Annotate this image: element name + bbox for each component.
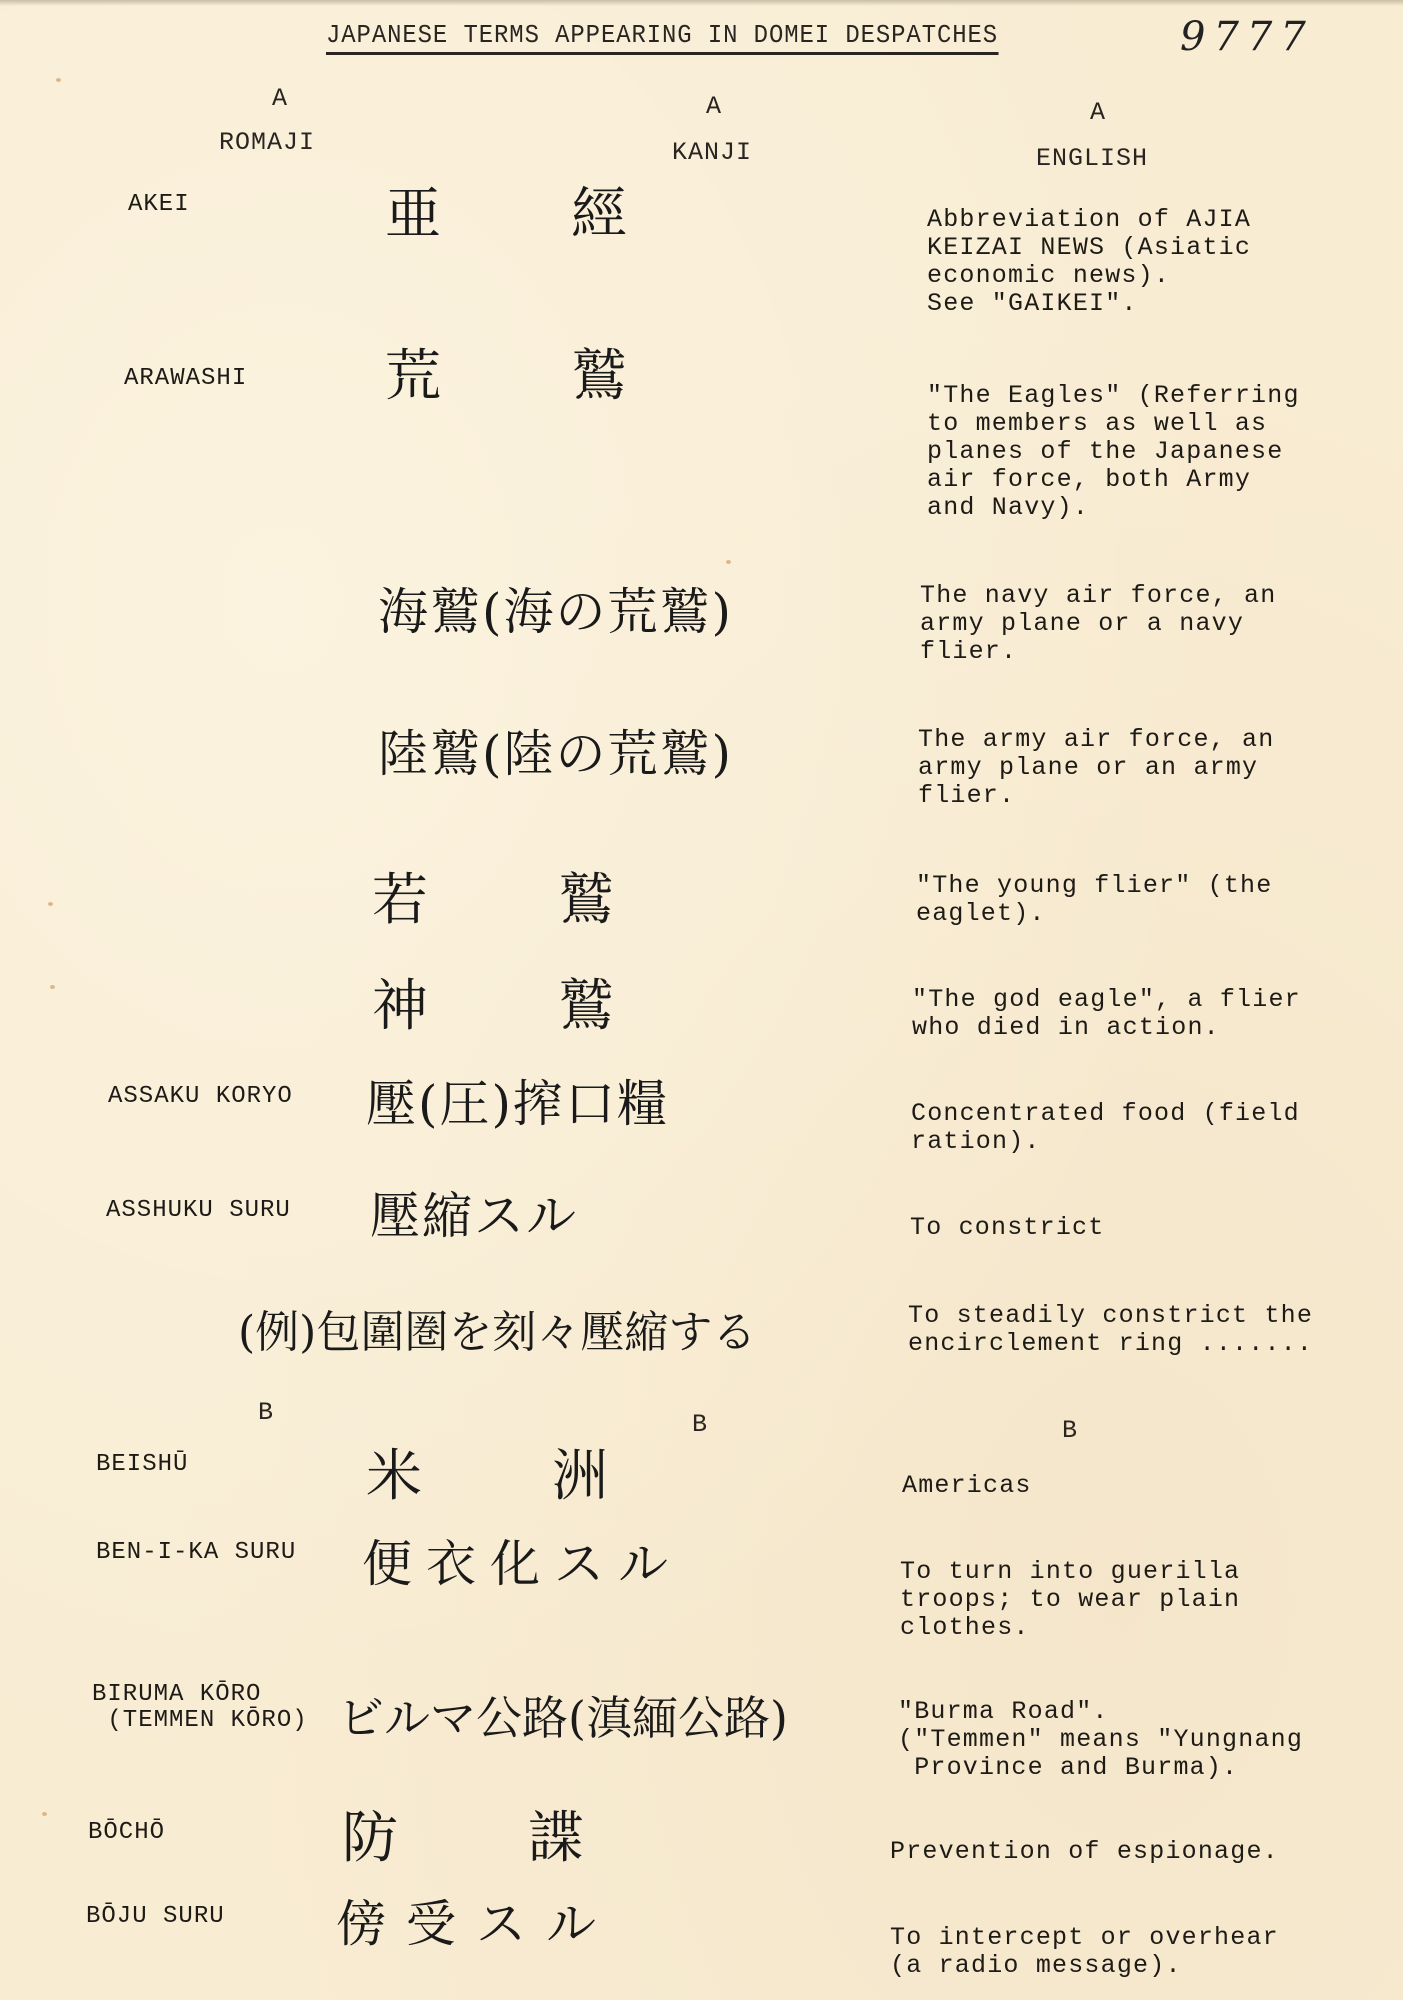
entry-kanji: 海鷲(海の荒鷲) bbox=[378, 572, 733, 644]
entry-english: Concentrated food (field ration). bbox=[911, 1100, 1300, 1156]
paper-speck bbox=[56, 78, 61, 82]
paper-edge bbox=[0, 0, 1403, 6]
section-letter-romaji-a: A bbox=[272, 84, 288, 113]
section-letter-english-b: B bbox=[1062, 1416, 1078, 1445]
entry-english: "The Eagles" (Referring to members as we… bbox=[927, 382, 1300, 522]
column-header-romaji: ROMAJI bbox=[219, 128, 315, 157]
entry-kanji: 米 洲 bbox=[366, 1432, 614, 1512]
entry-romaji: BŌJU SURU bbox=[86, 1904, 225, 1930]
entry-kanji-example: (例)包圍圏を刻々壓縮する bbox=[238, 1296, 756, 1360]
entry-english: To constrict bbox=[910, 1214, 1104, 1242]
entry-kanji: 壓縮スル bbox=[370, 1176, 578, 1248]
entry-english: To steadily constrict the encirclement r… bbox=[908, 1302, 1313, 1358]
entry-romaji: BIRUMA KŌRO (TEMMEN KŌRO) bbox=[92, 1682, 308, 1734]
entry-kanji: 荒 鷲 bbox=[385, 332, 633, 412]
entry-english: Abbreviation of AJIA KEIZAI NEWS (Asiati… bbox=[927, 206, 1251, 318]
entry-english: Prevention of espionage. bbox=[890, 1838, 1279, 1866]
entry-romaji: AKEI bbox=[128, 192, 190, 218]
entry-english: "The god eagle", a flier who died in act… bbox=[912, 986, 1301, 1042]
entry-kanji: 傍受スル bbox=[336, 1884, 616, 1956]
entry-romaji: BEISHŪ bbox=[96, 1452, 188, 1478]
paper-speck bbox=[48, 902, 53, 906]
entry-english: Americas bbox=[902, 1472, 1032, 1500]
entry-english: The army air force, an army plane or an … bbox=[918, 726, 1274, 810]
entry-kanji: 防 諜 bbox=[342, 1794, 590, 1874]
document-page: JAPANESE TERMS APPEARING IN DOMEI DESPAT… bbox=[0, 0, 1403, 2000]
section-letter-english-a: A bbox=[1090, 98, 1106, 127]
entry-romaji: ARAWASHI bbox=[124, 366, 247, 392]
entry-kanji: 若 鷲 bbox=[372, 856, 620, 936]
section-letter-romaji-b: B bbox=[258, 1398, 274, 1427]
entry-romaji: ASSHUKU SURU bbox=[106, 1198, 291, 1224]
document-title: JAPANESE TERMS APPEARING IN DOMEI DESPAT… bbox=[326, 20, 998, 55]
entry-kanji: 神 鷲 bbox=[372, 962, 620, 1042]
entry-kanji: 亜 經 bbox=[385, 170, 633, 250]
entry-english: To turn into guerilla troops; to wear pl… bbox=[900, 1558, 1240, 1642]
entry-kanji: ビルマ公路(滇緬公路) bbox=[338, 1682, 788, 1748]
entry-romaji: ASSAKU KORYO bbox=[108, 1084, 293, 1110]
entry-romaji: BEN-I-KA SURU bbox=[96, 1540, 296, 1566]
entry-romaji: BŌCHŌ bbox=[88, 1820, 165, 1846]
entry-kanji: 便衣化スル bbox=[362, 1524, 682, 1596]
section-letter-kanji-a: A bbox=[706, 92, 722, 121]
entry-english: "Burma Road". ("Temmen" means "Yungnang … bbox=[898, 1698, 1303, 1782]
document-number: 9777 bbox=[1180, 14, 1314, 60]
paper-speck bbox=[726, 560, 731, 564]
entry-kanji: 壓(圧)搾口糧 bbox=[366, 1064, 669, 1136]
entry-english: To intercept or overhear (a radio messag… bbox=[890, 1924, 1279, 1980]
paper-speck bbox=[50, 985, 55, 989]
column-header-english: ENGLISH bbox=[1036, 144, 1148, 173]
paper-speck bbox=[42, 1812, 47, 1816]
entry-kanji: 陸鷲(陸の荒鷲) bbox=[378, 714, 733, 786]
section-letter-kanji-b: B bbox=[692, 1410, 708, 1439]
column-header-kanji: KANJI bbox=[672, 138, 752, 167]
entry-english: The navy air force, an army plane or a n… bbox=[920, 582, 1276, 666]
entry-english: "The young flier" (the eaglet). bbox=[916, 872, 1272, 928]
